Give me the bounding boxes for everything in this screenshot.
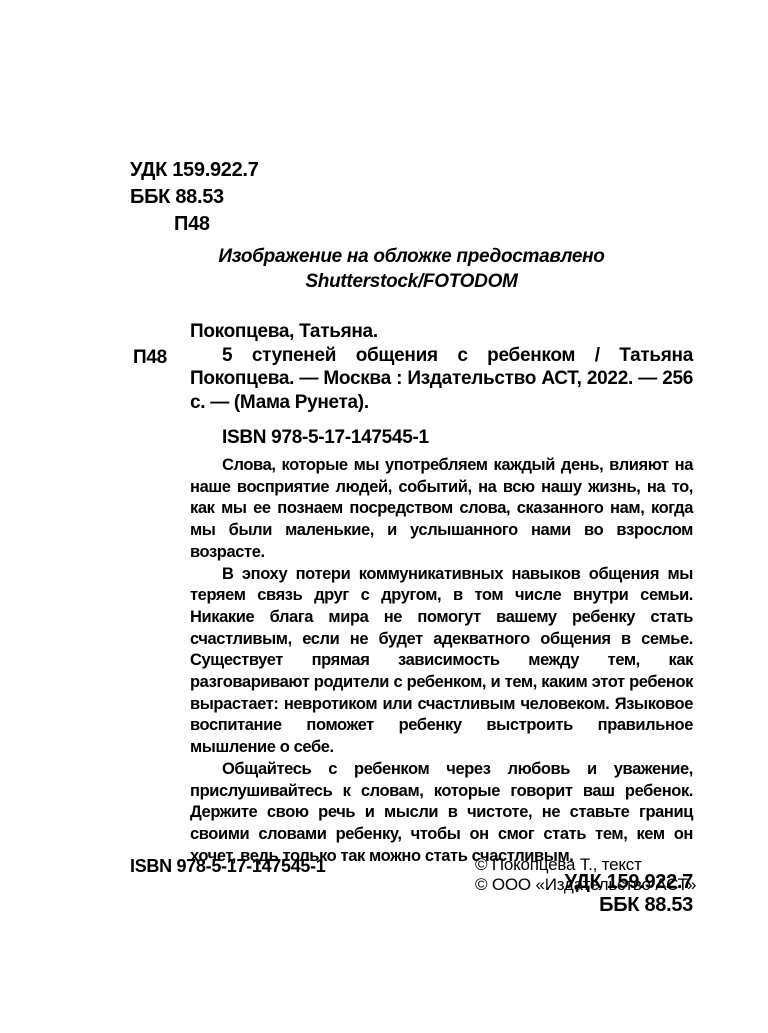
bbk-code-bottom: ББК 88.53	[190, 894, 693, 917]
annotation-paragraph: Общайтесь с ребенком через любовь и уваж…	[190, 759, 693, 868]
catalog-margin-code: П48	[133, 346, 167, 370]
copyright-block: © Покопцева Т., текст © ООО «Издательств…	[475, 855, 696, 895]
copyright-publisher: © ООО «Издательство АСТ»	[475, 875, 696, 895]
footer-isbn: ISBN 978-5-17-147545-1	[130, 856, 326, 877]
udk-code: УДК 159.922.7	[130, 157, 259, 184]
catalog-entry: Покопцева, Татьяна. П48 5 ступеней общен…	[190, 320, 693, 450]
author-sign-code: П48	[130, 211, 259, 238]
cover-credit: Изображение на обложке предоставлено Shu…	[130, 244, 693, 294]
catalog-description: 5 ступеней общения с ребенком / Татьяна …	[190, 344, 693, 415]
catalog-author: Покопцева, Татьяна.	[190, 320, 693, 344]
bbk-code: ББК 88.53	[130, 184, 259, 211]
catalog-isbn: ISBN 978-5-17-147545-1	[190, 426, 693, 450]
cover-credit-line2: Shutterstock/FOTODOM	[130, 269, 693, 294]
copyright-author-text: © Покопцева Т., текст	[475, 855, 696, 875]
annotation-paragraph: В эпоху потери коммуникативных навыков о…	[190, 564, 693, 759]
top-codes-block: УДК 159.922.7 ББК 88.53 П48	[130, 157, 259, 238]
annotation-block: Слова, которые мы употребляем каждый ден…	[190, 455, 693, 917]
annotation-paragraph: Слова, которые мы употребляем каждый ден…	[190, 455, 693, 564]
book-imprint-page: УДК 159.922.7 ББК 88.53 П48 Изображение …	[0, 0, 768, 1033]
cover-credit-line1: Изображение на обложке предоставлено	[130, 244, 693, 269]
